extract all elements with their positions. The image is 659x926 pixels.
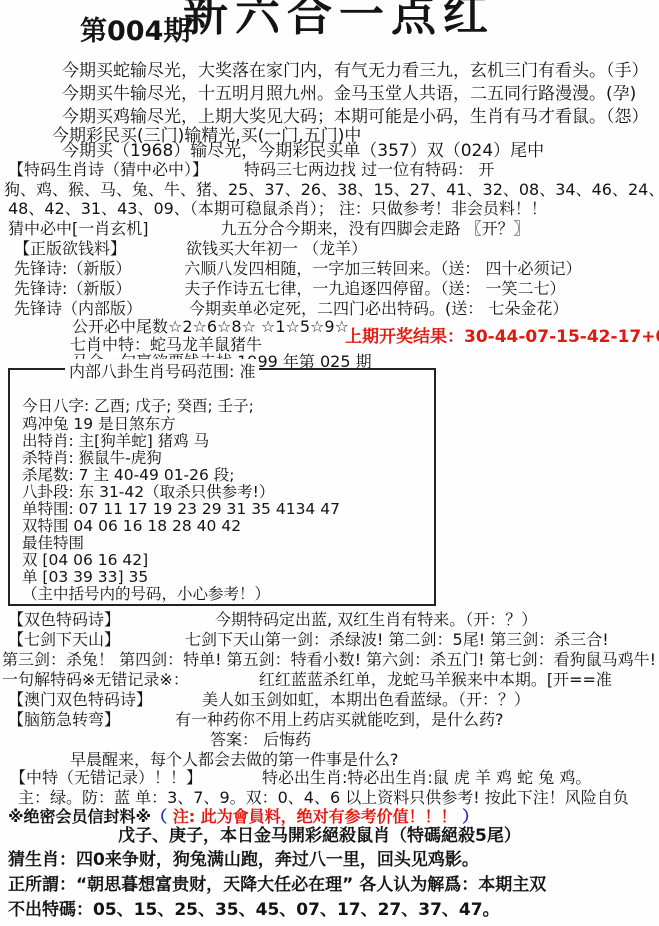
zhongte-line2: 主：绿。防：蓝 单：3、7、9。双：0、4、6 以上资料只供参考! 按此下注！风… (18, 788, 629, 807)
qijian-label: 【七剑下天山】 (8, 630, 120, 649)
juemi-paren-close: ） (457, 807, 479, 826)
bagua-box-header: 内部八卦生肖号码范围: 准 (65, 359, 259, 382)
zhengban-text: 欲钱买大年初一 （龙羊） (186, 239, 367, 258)
last-result-numbers: 30-44-07-15-42-17+09 (464, 327, 659, 347)
poem-line: 今期买（1968）输尽光，今期彩民买单（357）双（024）尾中 (62, 142, 544, 161)
aomen-text: 美人如玉剑如虹，本期出色看蓝绿。（开：？） (202, 690, 530, 709)
last-result: 上期开奖结果：30-44-07-15-42-17+09 (345, 328, 659, 347)
poem-line: 今期买蛇输尽光，大奖落在家门内，有气无力看三九，玄机三门有看头。（手） (62, 62, 649, 81)
xianfeng-text: 夫子作诗五七律，一九追逐四停留。（送： 一笑二七） (184, 279, 565, 298)
issue-number: 第004期 (80, 22, 190, 41)
last-result-label: 上期开奖结果： (345, 327, 464, 347)
tema-zodiac-numbers-2: 48、42、31、43、09、（本期可稳鼠杀肖）； 注：只做参考！非会员料！！ (8, 199, 547, 218)
xianfeng-label: 先锋诗（内部版） (14, 299, 142, 318)
xianfeng-line: 先锋诗:（新版）六顺八发四相随，一字加三转回来。（送： 四十必须记） (14, 259, 582, 278)
qijian-line2: 第三剑：杀兔！ 第四剑：特单! 第五剑：特看小数! 第六剑：杀五门! 第七剑：看… (2, 650, 656, 669)
tail-numbers-line: 公开必中尾数☆2☆6☆8☆ ☆1☆5☆9☆ (72, 317, 349, 336)
wuzi-line: 戊子、庚子，本日金马開彩絕殺鼠肖（特碼絕殺5尾） (118, 827, 521, 846)
yixiao-label: 猜中必中[一肖玄机] (8, 219, 149, 238)
zhongte-line1: 【中特（无错记录）！！】特必出生肖:特必出生肖:鼠 虎 羊 鸡 蛇 兔 鸡。 (10, 768, 591, 787)
buchutema-line: 不出特碼：05、15、25、35、45、07、17、27、37、47。 (8, 901, 500, 920)
zhengban-label: 【正版欲钱料】 (14, 239, 126, 258)
bagua-line: （主中括号内的号码，小心参考！） (22, 582, 270, 604)
qijian-text1: 七剑下天山第一剑：杀绿波! 第二剑：5尾! 第三剑：杀三合! (185, 630, 609, 649)
zhengban-line: 【正版欲钱料】欲钱买大年初一 （龙羊） (14, 239, 367, 258)
jietema-label: 一句解特码※无错记录※： (2, 670, 189, 689)
zhongte-text: 特必出生肖:特必出生肖:鼠 虎 羊 鸡 蛇 兔 鸡。 (262, 768, 591, 787)
xianfeng-line: 先锋诗:（新版）夫子作诗五七律，一九追逐四停留。（送： 一笑二七） (14, 279, 566, 298)
naojin-answer: 答案： 后悔药 (210, 730, 311, 749)
naojin-question: 有一种药你不用上药店买就能吃到，是什么药? (175, 710, 504, 729)
xianfeng-text: 今期卖单必定死，二四门必出特码。(送： 七朵金花） (189, 299, 568, 318)
aomen-line: 【澳门双色特码诗】美人如玉剑如虹，本期出色看蓝绿。（开：？） (8, 690, 530, 709)
poem-line: 今期买牛输尽光，十五明月照九州。金马玉堂人共语，二五同行路漫漫。(孕) (62, 85, 636, 104)
qijian-line1: 【七剑下天山】七剑下天山第一剑：杀绿波! 第二剑：5尾! 第三剑：杀三合! (8, 630, 609, 649)
lottery-sheet: 第004期 新六合一点红 今期买蛇输尽光，大奖落在家门内，有气无力看三九，玄机三… (0, 0, 659, 926)
zhengsuowei-line: 正所謂：“朝思暮想富贵财，天降大任必在理” 各人认为解爲：本期主双 (8, 876, 546, 895)
tema-shengxiao-hint: 特码三七两边找 过一位有特码： 开 (244, 160, 494, 179)
naojin-label: 【脑筋急转弯】 (8, 710, 120, 729)
shuangse-text: 今期特码定出蓝, 双红生肖有特来。（开：？） (215, 610, 537, 629)
tema-shengxiao-header: 【特码生肖诗（猜中必中）】特码三七两边找 过一位有特码： 开 (8, 160, 494, 179)
juemi-note: 注: 此为會員料，绝对有参考价值！！！ (173, 807, 457, 826)
shuangse-line: 【双色特码诗】今期特码定出蓝, 双红生肖有特来。（开：？） (8, 610, 537, 629)
poem-line: 今期买鸡输尽光，上期大奖见大码；本期可能是小码，生肖有马才看鼠。（怨） (62, 108, 649, 127)
xianfeng-text: 六顺八发四相随，一字加三转回来。（送： 四十必须记） (184, 259, 581, 278)
shuangse-label: 【双色特码诗】 (8, 610, 120, 629)
juemi-line: ※绝密会员信封料※（ 注: 此为會員料，绝对有参考价值！！！ ） (8, 807, 478, 826)
tema-zodiac-numbers-1: 狗、鸡、猴、马、兔、牛、猪、25、37、26、38、15、27、41、32、08… (4, 180, 659, 199)
bagua-box: 内部八卦生肖号码范围: 准 今日八字: 乙酉; 戊子; 癸酉; 壬子; 鸡冲兔 … (8, 368, 436, 606)
naojin-question2: 早晨醒来，每个人都会去做的第一件事是什么? (70, 750, 399, 769)
zhongte-label: 【中特（无错记录）！！】 (10, 768, 202, 787)
aomen-label: 【澳门双色特码诗】 (8, 690, 152, 709)
yixiao-text: 九五分合今期来，没有四脚会走路 〖开？〗 (221, 219, 530, 238)
jietema-text: 红红蓝蓝杀红单，龙蛇马羊猴来中本期。[开==准 (259, 670, 612, 689)
xianfeng-label: 先锋诗:（新版） (14, 259, 131, 278)
naojin-line: 【脑筋急转弯】有一种药你不用上药店买就能吃到，是什么药? (8, 710, 504, 729)
juemi-prefix: ※绝密会员信封料※ (8, 807, 151, 826)
jietema-line: 一句解特码※无错记录※：红红蓝蓝杀红单，龙蛇马羊猴来中本期。[开==准 (2, 670, 612, 689)
caishengxiao-line: 猜生肖：四0来争财，狗兔满山跑，奔过八一里，回头见鸡影。 (8, 851, 479, 870)
page-title: 新六合一点红 (183, 5, 495, 24)
yixiao-xuanji-line: 猜中必中[一肖玄机]九五分合今期来，没有四脚会走路 〖开？〗 (8, 219, 530, 238)
xianfeng-label: 先锋诗:（新版） (14, 279, 131, 298)
section-label: 【特码生肖诗（猜中必中）】 (8, 160, 208, 179)
juemi-paren-open: （ (151, 807, 173, 826)
xianfeng-line: 先锋诗（内部版）今期卖单必定死，二四门必出特码。(送： 七朵金花） (14, 299, 568, 318)
